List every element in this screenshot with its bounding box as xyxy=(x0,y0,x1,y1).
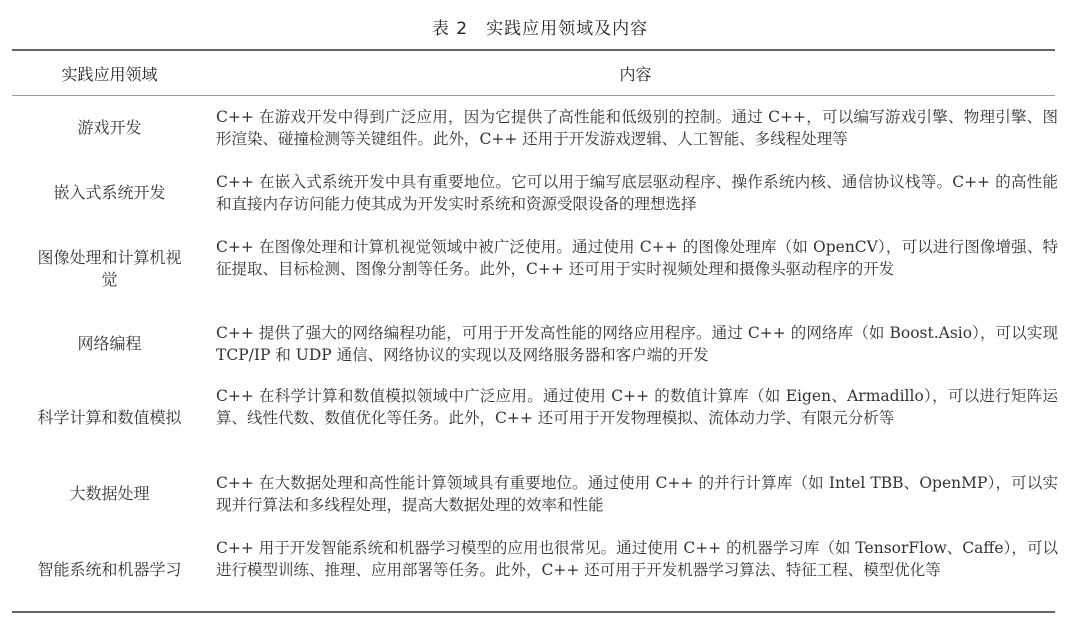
header-rule xyxy=(12,95,1055,96)
table-row: 智能系统和机器学习 C++ 用于开发智能系统和机器学习模型的应用也很常见。通过使… xyxy=(12,537,1055,607)
row-domain: 大数据处理 xyxy=(12,483,207,505)
table-row: 图像处理和计算机视觉 C++ 在图像处理和计算机视觉领域中被广泛使用。通过使用 … xyxy=(12,236,1055,306)
table-row: 科学计算和数值模拟 C++ 在科学计算和数值模拟领域中广泛应用。通过使用 C++… xyxy=(12,385,1055,455)
table-row: 游戏开发 C++ 在游戏开发中得到广泛应用，因为它提供了高性能和低级别的控制。通… xyxy=(12,106,1055,154)
row-content: C++ 在嵌入式系统开发中具有重要地位。它可以用于编写底层驱动程序、操作系统内核… xyxy=(216,171,1058,215)
row-content: C++ 在游戏开发中得到广泛应用，因为它提供了高性能和低级别的控制。通过 C++… xyxy=(216,106,1058,150)
row-content: C++ 用于开发智能系统和机器学习模型的应用也很常见。通过使用 C++ 的机器学… xyxy=(216,537,1058,581)
bottom-rule xyxy=(12,611,1055,613)
table-caption: 表 2 实践应用领域及内容 xyxy=(0,14,1080,39)
table-row: 网络编程 C++ 提供了强大的网络编程功能，可用于开发高性能的网络应用程序。通过… xyxy=(12,322,1055,370)
row-domain: 网络编程 xyxy=(12,333,207,355)
row-domain: 游戏开发 xyxy=(12,117,207,139)
row-content: C++ 在图像处理和计算机视觉领域中被广泛使用。通过使用 C++ 的图像处理库（… xyxy=(216,236,1058,280)
row-domain: 嵌入式系统开发 xyxy=(12,182,207,204)
row-content: C++ 在科学计算和数值模拟领域中广泛应用。通过使用 C++ 的数值计算库（如 … xyxy=(216,385,1058,429)
table-row: 嵌入式系统开发 C++ 在嵌入式系统开发中具有重要地位。它可以用于编写底层驱动程… xyxy=(12,171,1055,219)
table-row: 大数据处理 C++ 在大数据处理和高性能计算领域具有重要地位。通过使用 C++ … xyxy=(12,472,1055,520)
row-domain: 智能系统和机器学习 xyxy=(12,559,207,581)
top-rule xyxy=(12,49,1055,51)
row-content: C++ 提供了强大的网络编程功能，可用于开发高性能的网络应用程序。通过 C++ … xyxy=(216,322,1058,366)
header-domain: 实践应用领域 xyxy=(12,62,207,85)
row-content: C++ 在大数据处理和高性能计算领域具有重要地位。通过使用 C++ 的并行计算库… xyxy=(216,472,1058,516)
header-content: 内容 xyxy=(216,62,1055,85)
row-domain: 图像处理和计算机视觉 xyxy=(12,247,207,291)
row-domain: 科学计算和数值模拟 xyxy=(12,407,207,429)
